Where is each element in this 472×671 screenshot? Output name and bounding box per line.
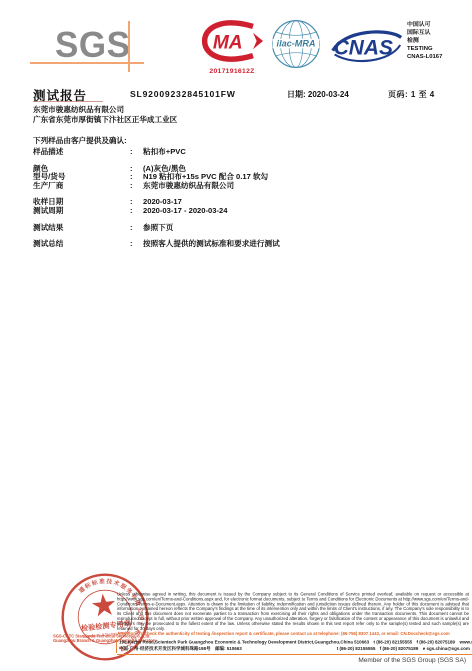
detail-label: 测试总结 <box>33 240 130 248</box>
attention-text: Attention: To check the authenticity of … <box>117 632 469 637</box>
test-report-page: SGS MA 2017191612Z ilac-MRA CNAS 中国认可 国 <box>0 0 472 671</box>
client-name: 东莞市骏惠纺织品有限公司 <box>33 105 177 115</box>
cma-badge-icon: MA <box>199 20 265 62</box>
client-block: 东莞市骏惠纺织品有限公司 广东省东莞市厚街镇下汴社区正华成工业区 <box>33 105 177 124</box>
detail-row-model: 型号/货号 : N19 粘扣布+15s PVC 配合 0.17 软勾 <box>33 173 453 181</box>
detail-colon: : <box>130 240 143 248</box>
detail-colon: : <box>130 224 143 232</box>
detail-value: 参照下页 <box>143 224 453 232</box>
page-label: 页码: <box>388 90 408 99</box>
cnas-line: 检测 <box>407 37 442 45</box>
cnas-line: 中国认可 <box>407 21 442 29</box>
address-row-cn: 中国·广州·经济技术开发区科学城科珠路198号 邮编: 510663 t (86… <box>119 646 470 653</box>
date-label: 日期: <box>287 90 306 99</box>
sgs-logo: SGS <box>55 25 130 67</box>
detail-colon: : <box>130 182 143 190</box>
legal-disclaimer: Unless otherwise agreed in writing, this… <box>117 592 469 637</box>
footer-rule <box>117 654 472 655</box>
page-number: 页码: 1 至 4 <box>388 89 435 100</box>
report-date: 日期: 2020-03-24 <box>287 89 349 100</box>
detail-colon: : <box>130 207 143 215</box>
postcode-cn: 邮编: 510663 <box>215 646 242 653</box>
detail-colon: : <box>130 148 143 156</box>
address-left-rule <box>116 639 117 653</box>
stamp-star-icon <box>91 592 116 616</box>
ilac-globe-icon: ilac-MRA <box>270 18 322 70</box>
crop-mark-horizontal <box>30 62 144 64</box>
phone-cn: t (86-20) 82155555 <box>337 646 376 653</box>
detail-row-test-result: 测试结果 : 参照下页 <box>33 224 453 232</box>
date-value: 2020-03-24 <box>308 90 349 99</box>
title-underline <box>33 101 103 102</box>
detail-label: 生产厂商 <box>33 182 130 190</box>
cnas-logo: CNAS <box>328 26 404 69</box>
sample-details: 样品描述 : 粘扣布+PVC 颜色 : (A)灰色/黑色 型号/货号 : N19… <box>33 148 453 249</box>
cnas-text: CNAS <box>334 37 393 60</box>
cma-logo: MA 2017191612Z <box>198 20 266 75</box>
cma-certificate-number: 2017191612Z <box>198 68 266 75</box>
address-block: 198 Kezhu Road,Scientech Park Guangzhou … <box>119 639 470 652</box>
ilac-mra-text: ilac-MRA <box>277 39 316 49</box>
sgs-group-member-text: Member of the SGS Group (SGS SA) <box>358 657 466 664</box>
detail-value: 粘扣布+PVC <box>143 148 453 156</box>
page-value: 1 至 4 <box>411 90 435 99</box>
detail-label: 样品描述 <box>33 148 130 156</box>
crop-mark-vertical <box>128 21 130 72</box>
detail-value: 按照客人提供的测试标准和要求进行测试 <box>143 240 453 248</box>
detail-label: 测试周期 <box>33 207 130 215</box>
email: e sgs.china@sgs.com <box>423 646 470 653</box>
detail-value: 东莞市骏惠纺织品有限公司 <box>143 182 453 190</box>
cnas-line: CNAS-L0167 <box>407 53 442 61</box>
detail-row-manufacturer: 生产厂商 : 东莞市骏惠纺织品有限公司 <box>33 182 453 190</box>
detail-value: 2020-03-17 - 2020-03-24 <box>143 207 453 215</box>
cnas-swoosh-icon: CNAS <box>328 26 404 64</box>
detail-row-test-period: 测试周期 : 2020-03-17 - 2020-03-24 <box>33 207 453 215</box>
address-cn: 中国·广州·经济技术开发区科学城科珠路198号 <box>119 646 211 653</box>
ilac-mra-logo: ilac-MRA <box>270 18 322 75</box>
detail-label: 测试结果 <box>33 224 130 232</box>
cnas-accreditation-text: 中国认可 国际互认 检测 TESTING CNAS-L0167 <box>407 21 442 61</box>
detail-row-received-date: 收样日期 : 2020-03-17 <box>33 198 453 206</box>
cnas-line: TESTING <box>407 45 442 53</box>
detail-row-test-summary: 测试总结 : 按照客人提供的测试标准和要求进行测试 <box>33 240 453 248</box>
cnas-line: 国际互认 <box>407 29 442 37</box>
report-number: SL92009232845101FW <box>130 89 236 99</box>
detail-row-sample-description: 样品描述 : 粘扣布+PVC <box>33 148 453 156</box>
sample-intro-line: 下列样品由客户提供及确认: <box>33 135 127 146</box>
disclaimer-text: Unless otherwise agreed in writing, this… <box>117 592 469 631</box>
client-address: 广东省东莞市厚街镇下汴社区正华成工业区 <box>33 115 177 125</box>
fax-cn: f (86-20) 82075189 <box>380 646 419 653</box>
cma-ma-text: MA <box>213 32 243 53</box>
